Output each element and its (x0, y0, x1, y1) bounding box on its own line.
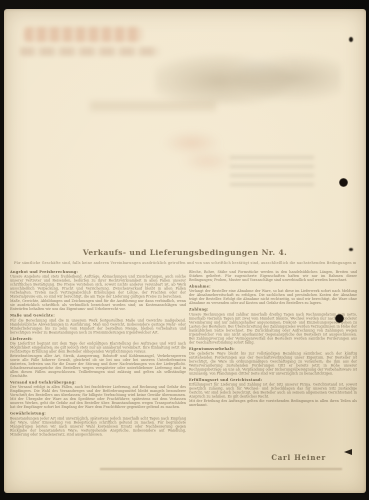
terms-section: Angebot und Preisberechnung: Unsere Ange… (10, 270, 186, 299)
terms-section: Lieferzeit: Die Lieferfrist beginnt mit … (10, 337, 186, 354)
section-heading: Angebot und Preisberechnung: (10, 270, 186, 274)
section-heading: Erfüllungsort und Gerichtsstand: (189, 378, 357, 382)
terms-section: Bleche, Rohre, Stäbe und Formstücke werd… (189, 270, 357, 282)
section-text: Unsere Angebote sind stets freibleibend.… (10, 275, 186, 299)
section-text: Betriebsstörungen aller Art, Streik, Aus… (10, 354, 186, 378)
document-subtitle: Für sämtliche Geschäfte sind, falls kein… (14, 261, 356, 265)
terms-section: Maße und Gewichte: Für die Berechnung si… (10, 314, 186, 335)
punch-hole-icon (339, 178, 348, 187)
section-heading: Lieferzeit: (10, 337, 186, 341)
terms-section: Erfüllungsort und Gerichtsstand: Erfüllu… (189, 378, 357, 399)
edge-arrow-mark-icon (344, 449, 352, 455)
section-heading: Versand und Gefahrübergang: (10, 381, 186, 385)
section-text: Verlangt der Besteller eine Abnahme der … (189, 289, 357, 305)
terms-column-right: Bleche, Rohre, Stäbe und Formstücke werd… (189, 270, 357, 466)
section-text: Der Versand erfolgt in allen Fällen, auc… (10, 385, 186, 409)
ink-speck-icon (349, 248, 353, 251)
signature-firm-name: Carl Heiner (271, 453, 326, 462)
ghost-letterhead-line-1 (24, 27, 142, 42)
terms-section: Versand und Gefahrübergang: Der Versand … (10, 381, 186, 410)
ink-speck-icon (349, 37, 353, 42)
punch-hole-icon (335, 314, 344, 323)
terms-section: Zahlung: Unsere Rechnungen sind zahlbar … (189, 308, 357, 345)
terms-section: Abnahme: Verlangt der Besteller eine Abn… (189, 285, 357, 306)
ghost-text-lines (230, 156, 314, 190)
section-text: Die Lieferfrist beginnt mit dem Tage der… (10, 341, 186, 353)
terms-column-left-text: Angebot und Preisberechnung: Unsere Ange… (10, 270, 186, 436)
section-heading: Maße und Gewichte: (10, 314, 186, 318)
section-text: Erfüllungsort für Lieferung und Zahlung … (189, 383, 357, 399)
ghost-red-smudge (145, 129, 249, 175)
terms-section: Eigentumsvorbehalt: Die gelieferte Ware … (189, 347, 357, 376)
section-text: Unsere Rechnungen sind zahlbar innerhalb… (189, 312, 357, 344)
section-text: Maße, Gewichte, Abbildungen und Zeichnun… (10, 299, 186, 311)
terms-section: Betriebsstörungen aller Art, Streik, Aus… (10, 354, 186, 378)
terms-section: Mit der Erteilung des Auftrages gelten d… (189, 399, 357, 407)
terms-column-right-text: Bleche, Rohre, Stäbe und Formstücke werd… (189, 270, 357, 407)
section-heading: Zahlung: (189, 308, 357, 312)
section-text: Die gelieferte Ware bleibt bis zur volls… (189, 351, 357, 375)
section-heading: Abnahme: (189, 285, 357, 289)
paper-crease-line (100, 468, 342, 470)
terms-section: Maße, Gewichte, Abbildungen und Zeichnun… (10, 299, 186, 311)
document-page: Verkaufs- und Lieferungsbedingungen Nr. … (4, 9, 366, 493)
photo-background: Verkaufs- und Lieferungsbedingungen Nr. … (0, 0, 369, 500)
section-text: Für die Berechnung sind die in unserem W… (10, 318, 186, 334)
terms-column-left: Angebot und Preisberechnung: Unsere Ange… (10, 270, 186, 466)
ghost-letterhead-line-2 (20, 47, 160, 56)
ghost-rule-mark (90, 101, 216, 111)
section-heading: Eigentumsvorbehalt: (189, 347, 357, 351)
document-title: Verkaufs- und Lieferungsbedingungen Nr. … (4, 248, 366, 257)
ghost-factory-image (155, 46, 341, 104)
section-text: Mit der Erteilung des Auftrages gelten d… (189, 399, 357, 407)
section-text: Bleche, Rohre, Stäbe und Formstücke werd… (189, 270, 357, 282)
section-heading: Gewährleistung: (10, 412, 186, 416)
terms-section: Gewährleistung: Beanstandungen jeder Art… (10, 412, 186, 437)
section-text: Beanstandungen jeder Art sind unverzügli… (10, 416, 186, 436)
